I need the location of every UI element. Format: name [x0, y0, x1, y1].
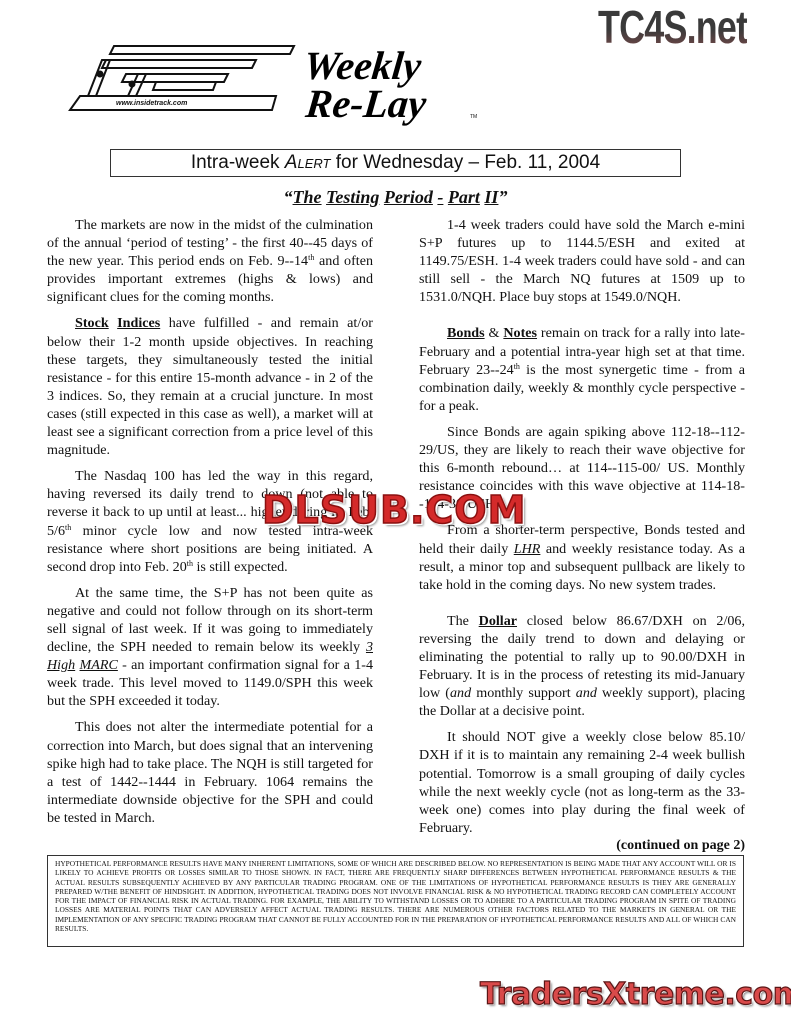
title-dash: -	[437, 187, 443, 207]
alert-word: Alert	[285, 152, 331, 173]
itc-monogram-icon	[66, 44, 306, 120]
tradersxtreme-watermark: TradersXtreme.com	[480, 978, 791, 1012]
alert-header: Intra-week Alert for Wednesday – Feb. 11…	[110, 149, 681, 177]
disclaimer-box: Hypothetical performance results have ma…	[47, 855, 744, 947]
paragraph-dollar-weekly: It should NOT give a weekly close below …	[419, 728, 745, 837]
trademark-mark: TM	[470, 114, 477, 120]
title-word: II	[484, 187, 498, 207]
title-word: Part	[448, 187, 480, 207]
keyword-notes: Notes	[503, 325, 537, 341]
logo-title-relay: Re-Lay	[304, 84, 428, 124]
paragraph-dollar: The Dollar closed below 86.67/DXH on 2/0…	[419, 612, 745, 721]
keyword-indices: Indices	[117, 315, 160, 331]
paragraph-intermediate: This does not alter the intermediate pot…	[47, 718, 373, 827]
newsletter-logo: www.insidetrack.com Weekly Re-Lay TM	[66, 44, 486, 124]
paragraph-traders: 1-4 week traders could have sold the Mar…	[419, 216, 745, 306]
alert-date: for Wednesday – Feb. 11, 2004	[330, 152, 600, 173]
link-marc[interactable]: MARC	[80, 657, 118, 673]
paragraph-bonds-notes: Bonds & Notes remain on track for a rall…	[419, 324, 745, 414]
dlsub-watermark: DLSUB.COM	[262, 490, 526, 530]
continued-note: (continued on page 2)	[419, 838, 745, 854]
keyword-bonds: Bonds	[447, 325, 485, 341]
link-lhr[interactable]: LHR	[514, 541, 541, 557]
keyword-dollar: Dollar	[479, 613, 517, 629]
alert-prefix: Intra-week	[191, 152, 285, 173]
tc4s-watermark: TC4S.net	[598, 2, 747, 52]
title-word: Period	[384, 187, 433, 207]
title-word: Testing	[326, 187, 379, 207]
article-title: “The Testing Period - Part II”	[0, 187, 791, 208]
quote-open: “	[284, 187, 293, 207]
paragraph-stock-indices: Stock Indices have fulfilled - and remai…	[47, 314, 373, 459]
paragraph-sp: At the same time, the S+P has not been q…	[47, 584, 373, 711]
title-word: The	[293, 187, 322, 207]
logo-url: www.insidetrack.com	[116, 100, 187, 107]
logo-title-weekly: Weekly	[302, 46, 423, 86]
keyword-stock: Stock	[75, 315, 109, 331]
paragraph-period-of-testing: The markets are now in the midst of the …	[47, 216, 373, 306]
quote-close: ”	[498, 187, 507, 207]
paragraph-bonds-lhr: From a shorter-term perspective, Bonds t…	[419, 521, 745, 593]
